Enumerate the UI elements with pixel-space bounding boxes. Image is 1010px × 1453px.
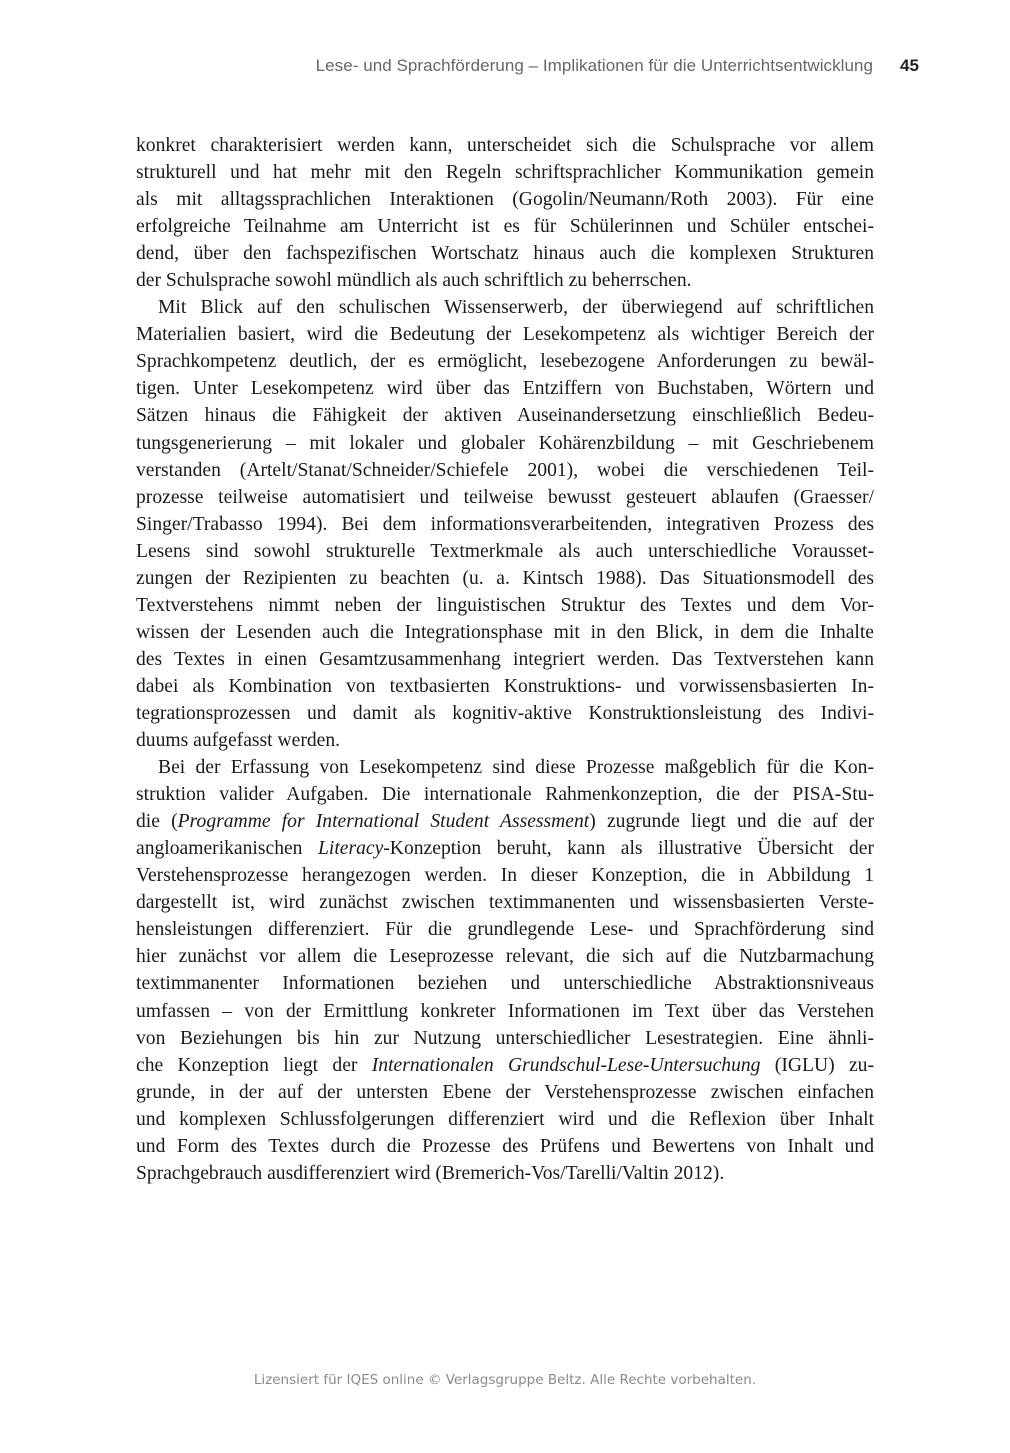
text-line: textimmanenter Informationen beziehen un… — [136, 970, 874, 997]
text-line: che Konzeption liegt der Internationalen… — [136, 1052, 874, 1079]
italic-term: Internationalen Grundschul-Lese-Untersuc… — [372, 1055, 761, 1076]
text-line: Singer/Trabasso 1994). Bei dem informati… — [136, 511, 874, 538]
text-line: tegrationsprozessen und damit als kognit… — [136, 700, 874, 727]
text-line: umfassen – von der Ermittlung konkreter … — [136, 998, 874, 1025]
text-line: angloamerikanischen Literacy-Konzeption … — [136, 835, 874, 862]
text-line: Materialien basiert, wird die Bedeutung … — [136, 321, 874, 348]
text-line: Mit Blick auf den schulischen Wissenserw… — [136, 294, 874, 321]
running-header: Lese- und Sprachförderung – Implikatione… — [0, 56, 1010, 80]
text-line: strukturell und hat mehr mit den Regeln … — [136, 159, 874, 186]
text-line: struktion valider Aufgaben. Die internat… — [136, 781, 874, 808]
text-line: von Beziehungen bis hin zur Nutzung unte… — [136, 1025, 874, 1052]
text-line: des Textes in einen Gesamtzusammenhang i… — [136, 646, 874, 673]
text-line: als mit alltagssprachlichen Interaktione… — [136, 186, 874, 213]
text-line: die (Programme for International Student… — [136, 808, 874, 835]
body-text: konkret charakterisiert werden kann, unt… — [136, 132, 874, 1187]
text-line: tungsgenerierung – mit lokaler und globa… — [136, 430, 874, 457]
text-line: Sprachgebrauch ausdifferenziert wird (Br… — [136, 1160, 874, 1187]
license-footer: Lizensiert für IQES online © Verlagsgrup… — [0, 1372, 1010, 1388]
text-line: hensleistungen differenziert. Für die gr… — [136, 916, 874, 943]
text-line: dend, über den fachspezifischen Wortscha… — [136, 240, 874, 267]
text-line: grunde, in der auf der untersten Ebene d… — [136, 1079, 874, 1106]
text-line: der Schulsprache sowohl mündlich als auc… — [136, 267, 874, 294]
text-line: verstanden (Artelt/Stanat/Schneider/Schi… — [136, 457, 874, 484]
text-line: hier zunächst vor allem die Leseprozesse… — [136, 943, 874, 970]
running-title: Lese- und Sprachförderung – Implikatione… — [316, 56, 873, 76]
text-line: konkret charakterisiert werden kann, unt… — [136, 132, 874, 159]
italic-term: Literacy — [318, 838, 383, 859]
text-line: duums aufgefasst werden. — [136, 727, 874, 754]
paragraph: Bei der Erfassung von Lesekompetenz sind… — [136, 754, 874, 1187]
text-line: Sätzen hinaus die Fähigkeit der aktiven … — [136, 402, 874, 429]
text-line: wissen der Lesenden auch die Integration… — [136, 619, 874, 646]
paragraph: Mit Blick auf den schulischen Wissenserw… — [136, 294, 874, 754]
text-line: prozesse teilweise automatisiert und tei… — [136, 484, 874, 511]
text-line: Bei der Erfassung von Lesekompetenz sind… — [136, 754, 874, 781]
text-line: erfolgreiche Teilnahme am Unterricht ist… — [136, 213, 874, 240]
italic-term: Programme for International Student Asse… — [178, 811, 590, 832]
text-line: zungen der Rezipienten zu beachten (u. a… — [136, 565, 874, 592]
page-number: 45 — [900, 56, 919, 76]
paragraph: konkret charakterisiert werden kann, unt… — [136, 132, 874, 294]
text-line: und Form des Textes durch die Prozesse d… — [136, 1133, 874, 1160]
text-line: und komplexen Schlussfolgerungen differe… — [136, 1106, 874, 1133]
text-line: Lesens sind sowohl strukturelle Textmerk… — [136, 538, 874, 565]
text-line: Textverstehens nimmt neben der linguisti… — [136, 592, 874, 619]
text-line: Sprachkompetenz deutlich, der es ermögli… — [136, 348, 874, 375]
text-line: dabei als Kombination von textbasierten … — [136, 673, 874, 700]
text-line: dargestellt ist, wird zunächst zwischen … — [136, 889, 874, 916]
text-line: Verstehensprozesse herangezogen werden. … — [136, 862, 874, 889]
text-line: tigen. Unter Lesekompetenz wird über das… — [136, 375, 874, 402]
